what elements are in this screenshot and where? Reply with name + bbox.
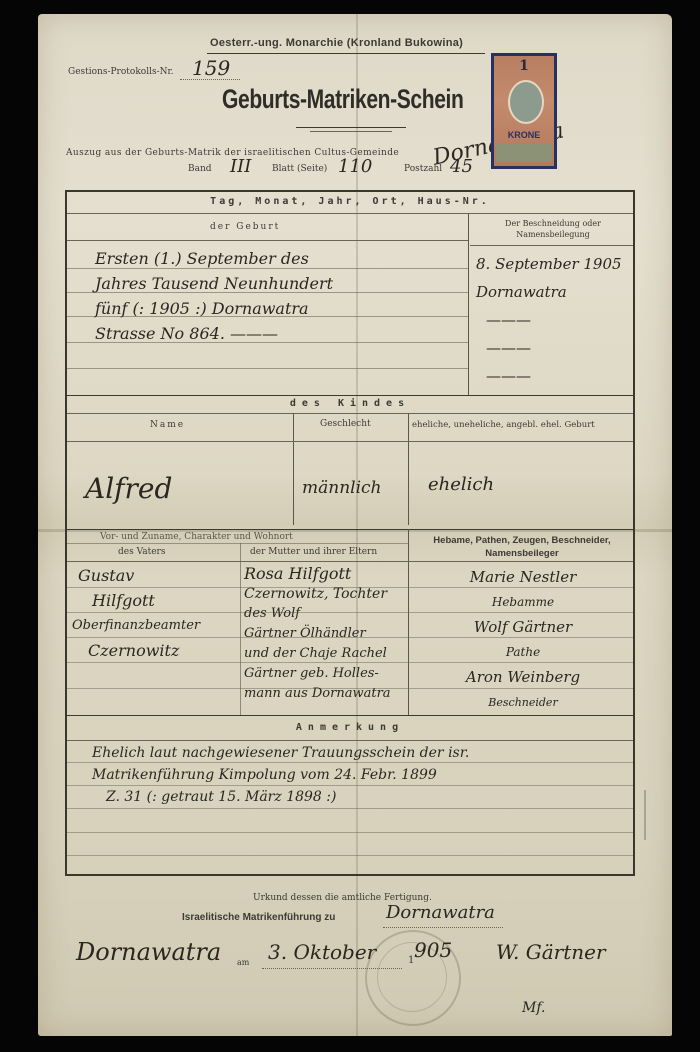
emperor-portrait-icon bbox=[508, 80, 544, 124]
postzahl-label: Postzahl bbox=[404, 164, 442, 174]
band-label: Band bbox=[188, 164, 212, 174]
protocol-label: Gestions-Protokolls-Nr. bbox=[68, 67, 174, 77]
stamp-currency: KRONE bbox=[494, 130, 554, 140]
birth-details: Ersten (1.) September des Jahres Tausend… bbox=[95, 246, 333, 346]
protocol-number: 159 bbox=[192, 56, 230, 80]
header-underline bbox=[207, 53, 485, 54]
section-birth-heading: Tag, Monat, Jahr, Ort, Haus-Nr. bbox=[65, 196, 635, 207]
circumcision-details: 8. September 1905 Dornawatra ——— ——— ——— bbox=[476, 250, 622, 390]
witness-details: Marie Nestler Hebamme Wolf Gärtner Pathe… bbox=[418, 565, 628, 715]
col-father-label: des Vaters bbox=[118, 547, 165, 557]
revenue-stamp: 1 KRONE bbox=[491, 53, 557, 169]
blatt-label: Blatt (Seite) bbox=[272, 164, 327, 174]
child-legitimacy: ehelich bbox=[428, 474, 494, 495]
blatt-value: 110 bbox=[338, 156, 372, 177]
header-banner: Oesterr.-ung. Monarchie (Kronland Bukowi… bbox=[210, 37, 463, 49]
col-witnesses-label: Hebame, Pathen, Zeugen, Beschneider, Nam… bbox=[412, 534, 632, 560]
section-child-heading: des Kindes bbox=[65, 398, 635, 409]
col-name-label: Name bbox=[150, 420, 185, 430]
signature-title: Mf. bbox=[522, 1000, 545, 1016]
signature: W. Gärtner bbox=[496, 940, 606, 964]
mother-details: Rosa Hilfgott Czernowitz, Tochter des Wo… bbox=[244, 564, 391, 704]
office-place: Dornawatra bbox=[386, 902, 495, 923]
father-details: Gustav Hilfgott Oberfinanzbeamter Czerno… bbox=[72, 563, 200, 663]
year-suffix: 905 bbox=[414, 938, 452, 962]
col-mother-label: der Mutter und ihrer Eltern bbox=[250, 547, 377, 557]
col-circumcision-label: Der Beschneidung oder Namensbeilegung bbox=[478, 218, 628, 240]
page-title: Geburts-Matriken-Schein bbox=[222, 84, 463, 115]
title-underline bbox=[296, 127, 406, 128]
col-birth-label: der Geburt bbox=[210, 222, 280, 232]
section-remarks-heading: Anmerkung bbox=[65, 722, 635, 733]
col-legitimacy-label: eheliche, uneheliche, angebl. ehel. Gebu… bbox=[412, 420, 595, 430]
office-label: Israelitische Matrikenführung zu bbox=[182, 912, 335, 923]
printer-imprint bbox=[644, 790, 646, 840]
band-value: III bbox=[230, 156, 251, 177]
remarks-text: Ehelich laut nachgewiesener Trauungssche… bbox=[92, 742, 469, 808]
am-label: am bbox=[237, 958, 249, 967]
stamp-value: 1 bbox=[494, 58, 554, 74]
issue-date: 3. Oktober bbox=[268, 940, 376, 964]
section-parents-heading: Vor- und Zuname, Charakter und Wohnort bbox=[100, 532, 293, 542]
child-name: Alfred bbox=[85, 472, 172, 505]
child-sex: männlich bbox=[302, 478, 382, 498]
col-sex-label: Geschlecht bbox=[320, 419, 371, 429]
stamp-cancellation bbox=[496, 144, 552, 162]
issue-place: Dornawatra bbox=[76, 938, 221, 966]
postzahl-value: 45 bbox=[450, 156, 473, 177]
